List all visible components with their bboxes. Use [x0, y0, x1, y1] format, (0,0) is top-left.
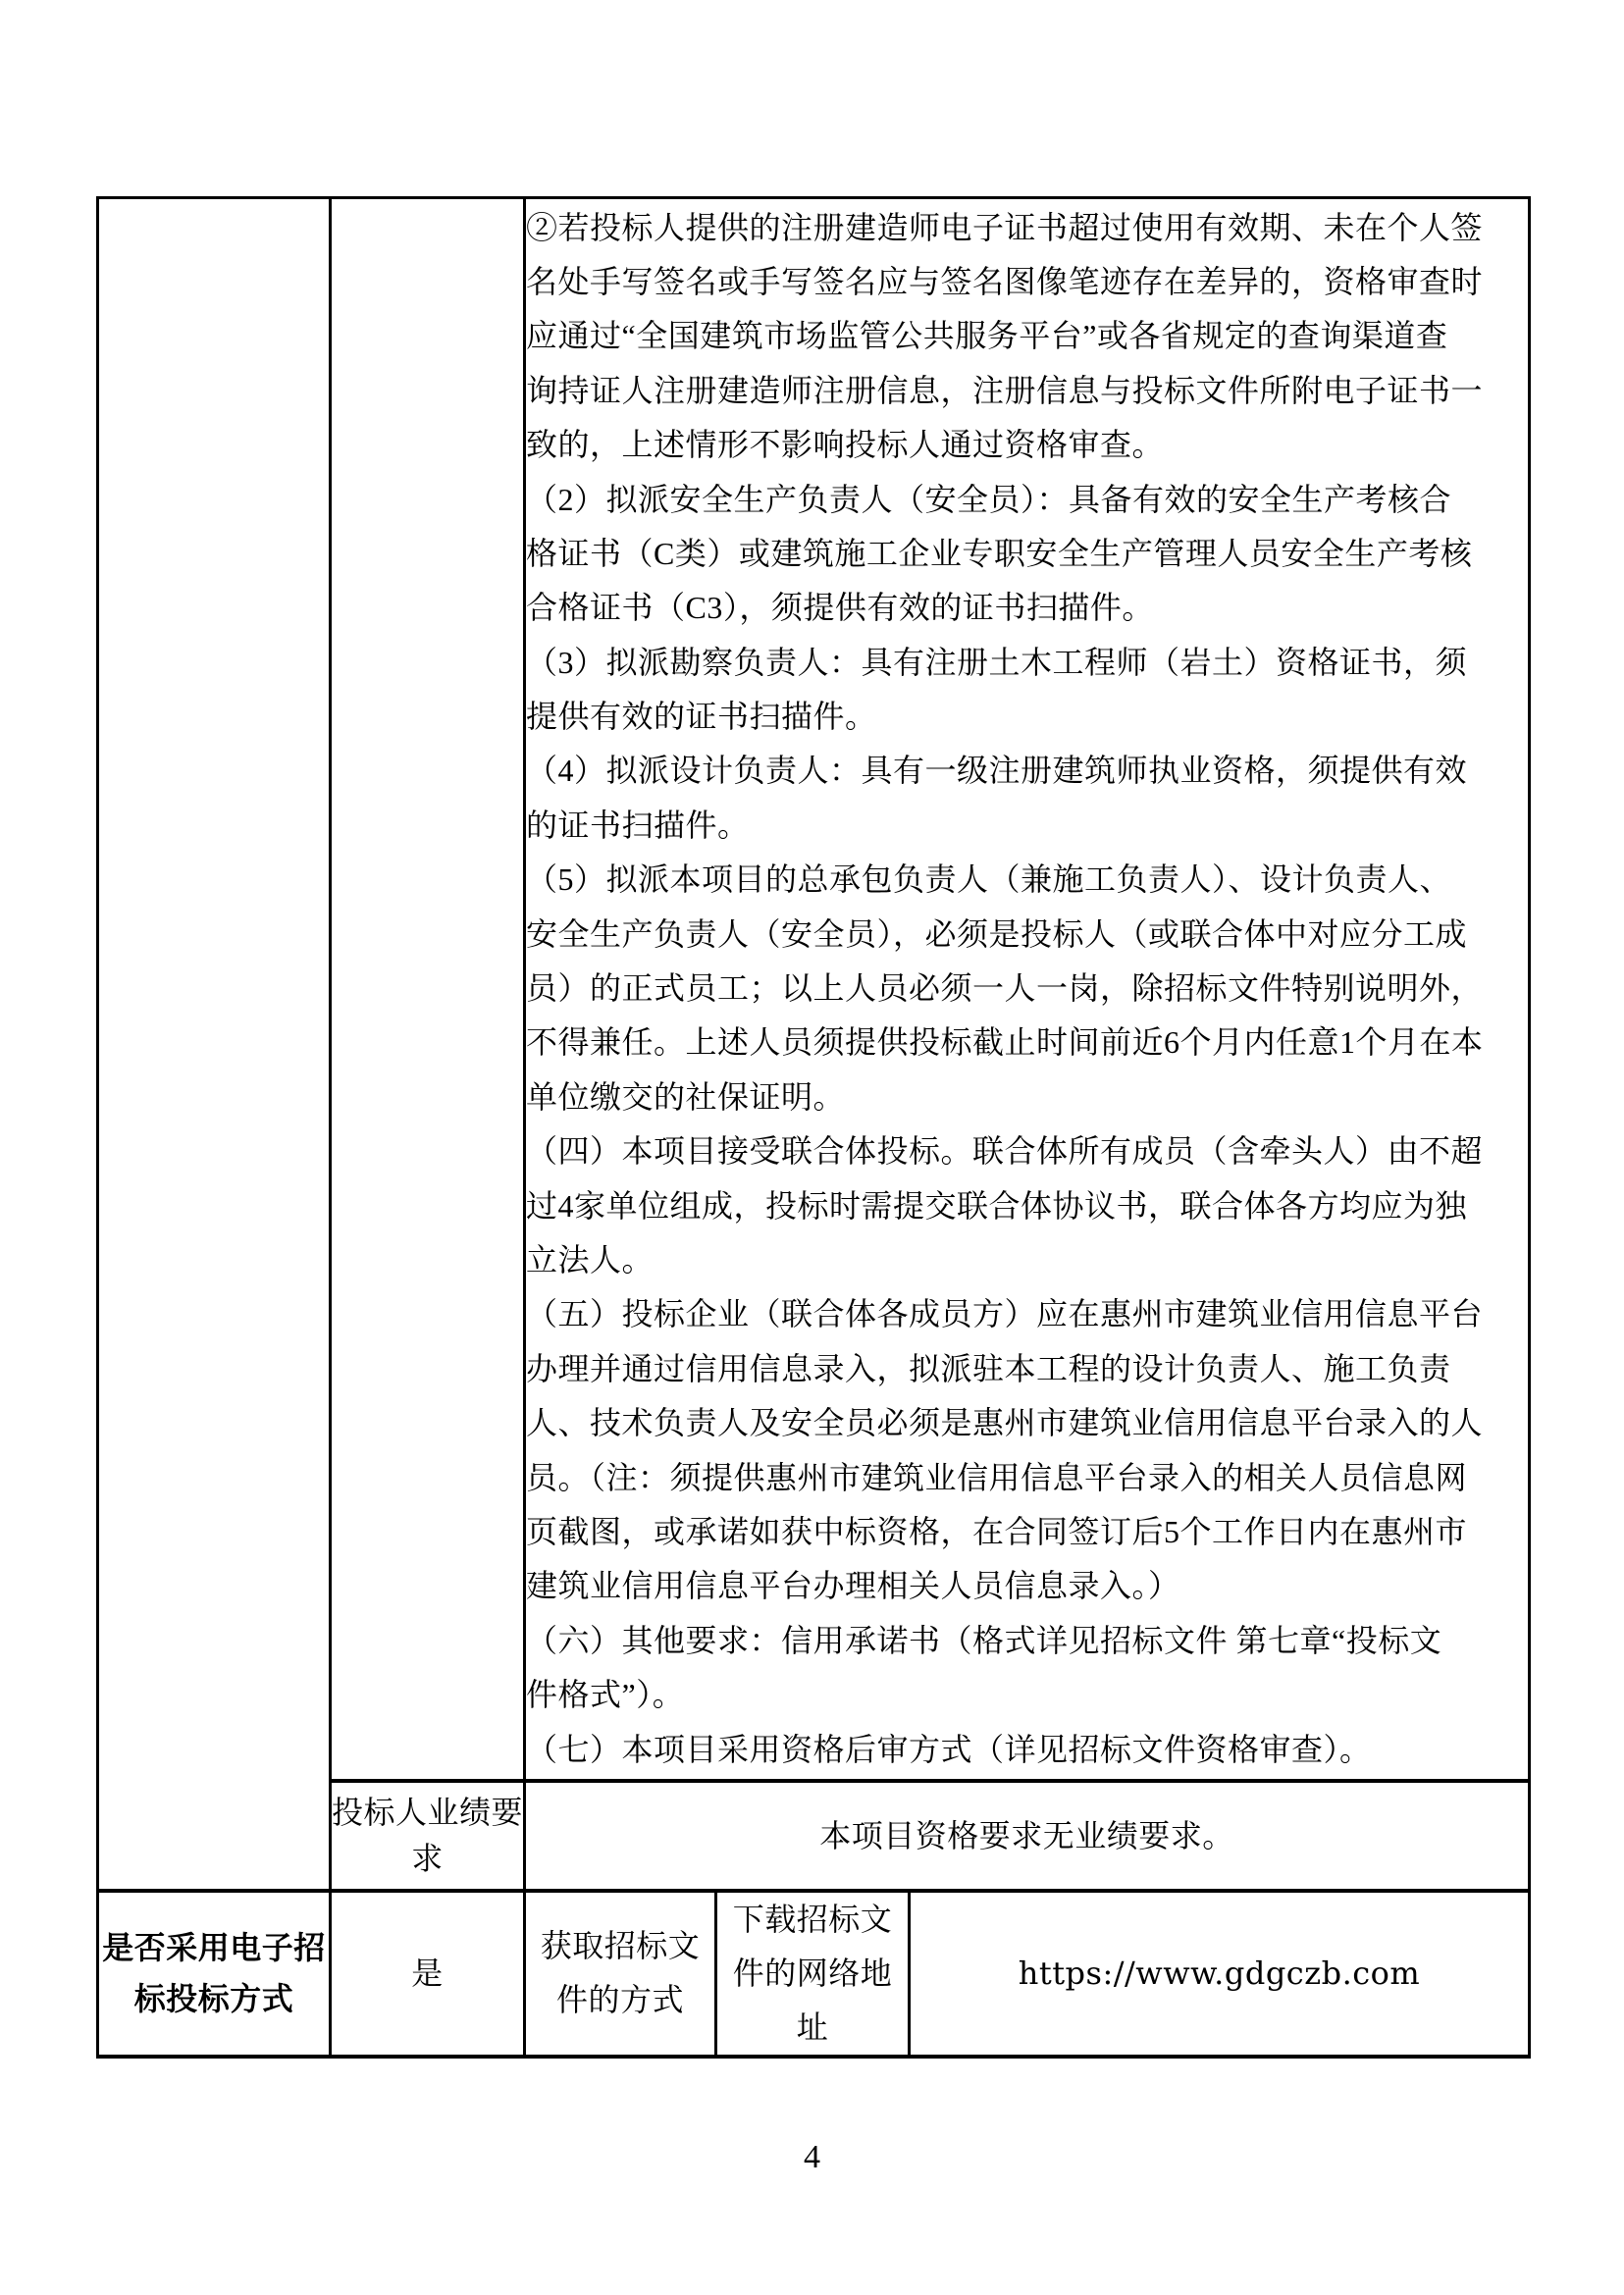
download-url: https://www.gdgczb.com — [910, 1891, 1530, 2057]
bidder-performance-label: 投标人业绩要求 — [331, 1781, 525, 1891]
download-address-label: 下载招标文件的网络地址 — [716, 1891, 910, 2057]
electronic-bidding-label: 是否采用电子招标投标方式 — [98, 1891, 331, 2057]
tender-info-table: ②若投标人提供的注册建造师电子证书超过使用有效期、未在个人签名处手写签名或手写签… — [96, 196, 1531, 2059]
performance-requirement-value: 本项目资格要求无业绩要求。 — [525, 1781, 1530, 1891]
obtain-method-label: 获取招标文件的方式 — [525, 1891, 716, 2057]
empty-label-cell — [331, 198, 525, 1781]
page-number: 4 — [96, 2139, 1528, 2176]
empty-left-cell — [98, 198, 331, 1891]
electronic-bidding-value: 是 — [331, 1891, 525, 2057]
qualification-detail-cell: ②若投标人提供的注册建造师电子证书超过使用有效期、未在个人签名处手写签名或手写签… — [525, 198, 1530, 1781]
